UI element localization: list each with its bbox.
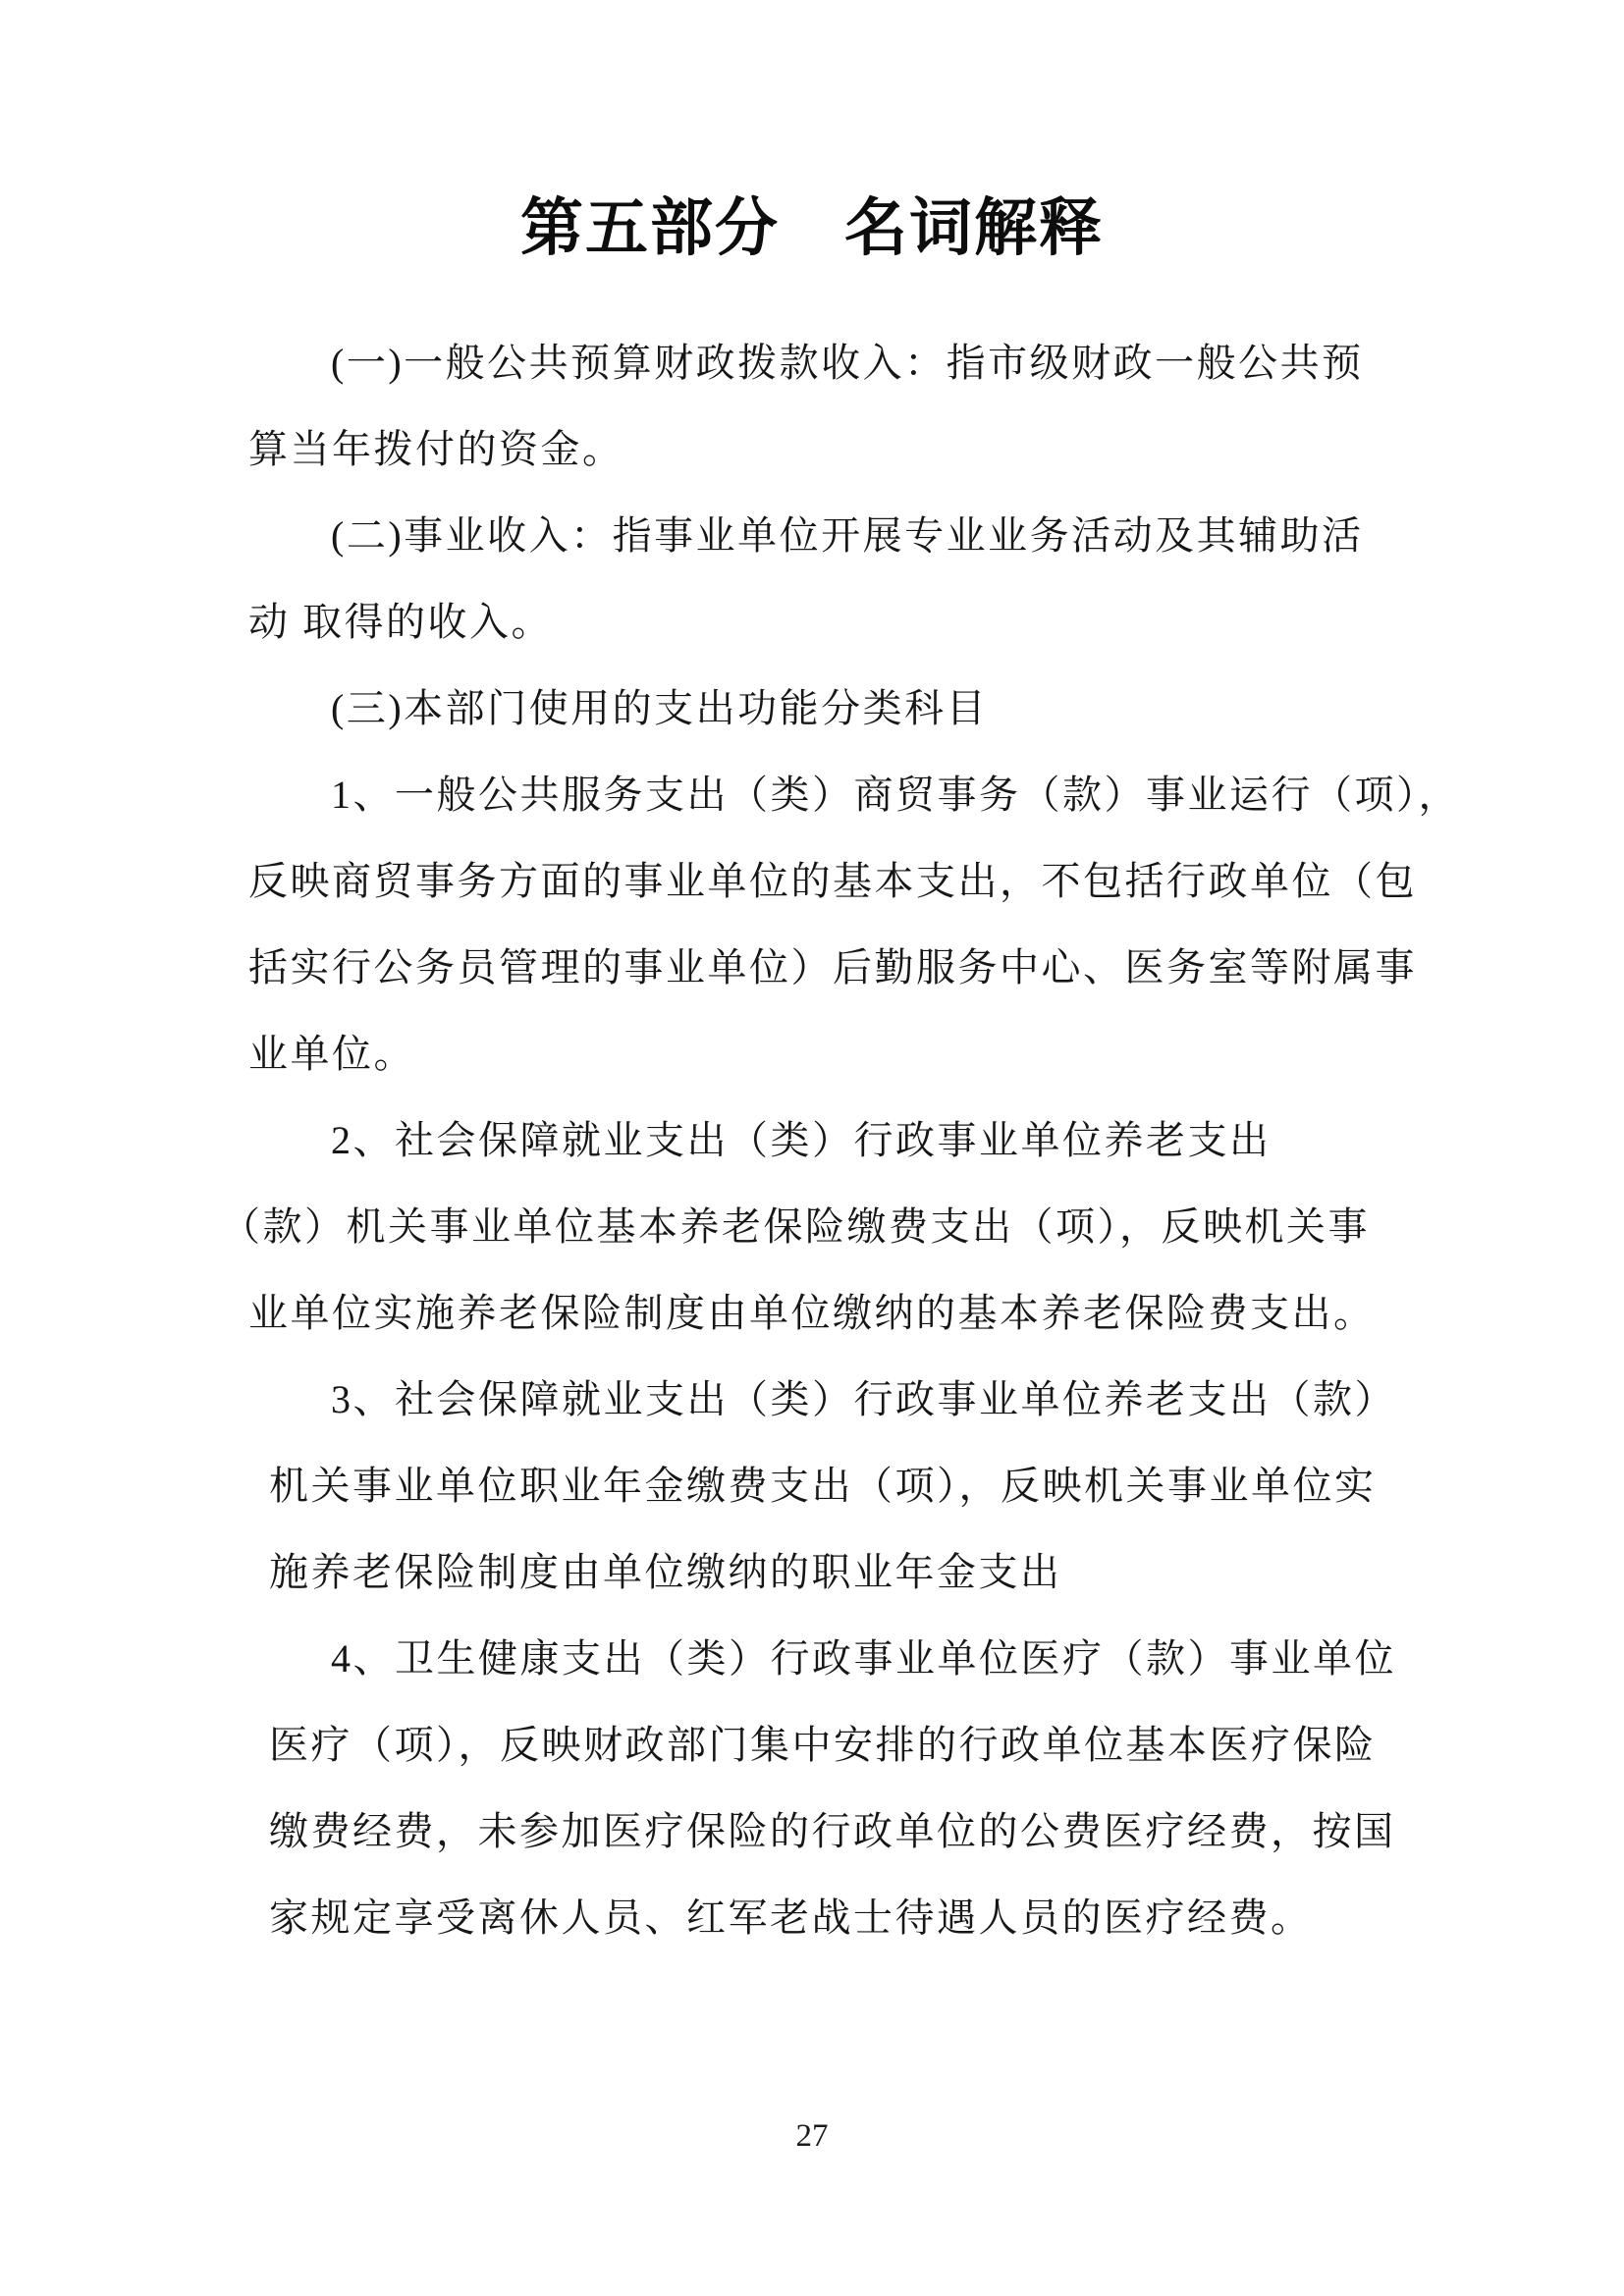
paragraph: 2、社会保障就业支出（类）行政事业单位养老支出 （款）机关事业单位基本养老保险缴… xyxy=(248,1097,1446,1357)
paragraph-line: 算当年拨付的资金。 xyxy=(248,406,1446,493)
paragraph: (三)本部门使用的支出功能分类科目 xyxy=(248,666,1446,752)
paragraph-line: (二)事业收入：指事业单位开展专业业务活动及其辅助活 xyxy=(248,493,1446,579)
paragraph-line: 医疗（项），反映财政部门集中安排的行政单位基本医疗保险 xyxy=(248,1702,1446,1789)
paragraph: (一)一般公共预算财政拨款收入：指市级财政一般公共预 算当年拨付的资金。 xyxy=(248,320,1446,493)
paragraph-line: (一)一般公共预算财政拨款收入：指市级财政一般公共预 xyxy=(248,320,1446,406)
paragraph-line: 2、社会保障就业支出（类）行政事业单位养老支出 xyxy=(248,1097,1446,1184)
paragraph-line: 反映商贸事务方面的事业单位的基本支出，不包括行政单位（包 xyxy=(248,838,1446,925)
page-number: 27 xyxy=(0,2116,1624,2156)
paragraph-line: 动 取得的收入。 xyxy=(248,579,1446,666)
paragraph: 1、一般公共服务支出（类）商贸事务（款）事业运行（项）， 反映商贸事务方面的事业… xyxy=(248,752,1446,1097)
page-title: 第五部分 名词解释 xyxy=(0,192,1624,265)
paragraph-line: 1、一般公共服务支出（类）商贸事务（款）事业运行（项）， xyxy=(248,752,1446,838)
document-page: 第五部分 名词解释 (一)一般公共预算财政拨款收入：指市级财政一般公共预 算当年… xyxy=(0,0,1624,2296)
paragraph: 3、社会保障就业支出（类）行政事业单位养老支出（款） 机关事业单位职业年金缴费支… xyxy=(248,1357,1446,1616)
paragraph-line: 4、卫生健康支出（类）行政事业单位医疗（款）事业单位 xyxy=(248,1616,1446,1702)
paragraph-line: (三)本部门使用的支出功能分类科目 xyxy=(248,666,1446,752)
paragraph-line: 家规定享受离休人员、红军老战士待遇人员的医疗经费。 xyxy=(248,1875,1446,1961)
document-body: (一)一般公共预算财政拨款收入：指市级财政一般公共预 算当年拨付的资金。 (二)… xyxy=(248,320,1446,1961)
paragraph-line: 3、社会保障就业支出（类）行政事业单位养老支出（款） xyxy=(248,1357,1446,1443)
paragraph-line: 缴费经费，未参加医疗保险的行政单位的公费医疗经费，按国 xyxy=(248,1789,1446,1875)
paragraph-line: 机关事业单位职业年金缴费支出（项），反映机关事业单位实 xyxy=(248,1443,1446,1529)
paragraph: (二)事业收入：指事业单位开展专业业务活动及其辅助活 动 取得的收入。 xyxy=(248,493,1446,666)
paragraph-line: （款）机关事业单位基本养老保险缴费支出（项），反映机关事 xyxy=(221,1184,1446,1270)
paragraph-line: 业单位。 xyxy=(248,1011,1446,1097)
paragraph-line: 施养老保险制度由单位缴纳的职业年金支出 xyxy=(248,1529,1446,1616)
paragraph-line: 括实行公务员管理的事业单位）后勤服务中心、医务室等附属事 xyxy=(248,925,1446,1011)
paragraph: 4、卫生健康支出（类）行政事业单位医疗（款）事业单位 医疗（项），反映财政部门集… xyxy=(248,1616,1446,1961)
paragraph-line: 业单位实施养老保险制度由单位缴纳的基本养老保险费支出。 xyxy=(248,1270,1446,1357)
